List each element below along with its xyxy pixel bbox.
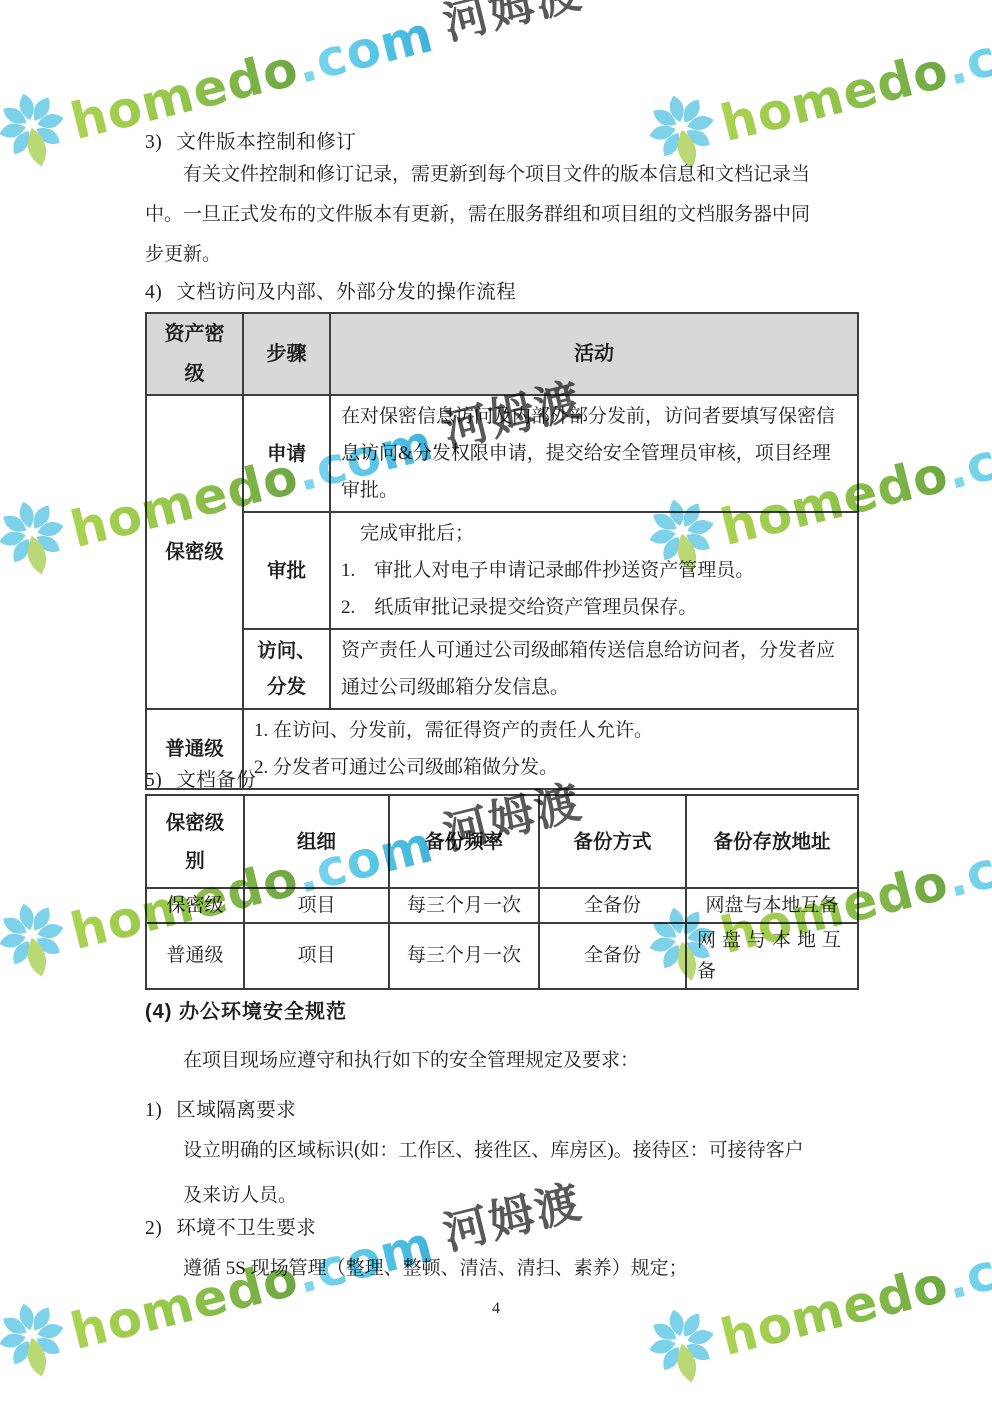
cell-activity-access: 资产责任人可通过公司级邮箱传送信息给访问者，分发者应 通过公司级邮箱分发信息。 <box>330 629 858 709</box>
cell-step-apply: 申请 <box>243 395 330 512</box>
cell-t2-method-1: 全备份 <box>539 888 686 923</box>
table2-row-normal: 普通级 项目 每三个月一次 全备份 网盘与本地互 备 <box>146 923 858 989</box>
document-page: 3)文件版本控制和修订 有关文件控制和修订记录，需更新到每个项目文件的版本信息和… <box>0 0 992 1403</box>
item-5-label: 5) <box>145 770 162 791</box>
heading-item-2b: 2)环境不卫生要求 <box>145 1212 857 1240</box>
cell-step-access: 访问、分发 <box>243 629 330 709</box>
cell-t2-group-2: 项目 <box>244 923 389 989</box>
table1-row-approve: 审批 完成审批后； 1. 审批人对电子申请记录邮件抄送资产管理员。 2. 纸质审… <box>146 512 858 629</box>
table1-header-activity: 活动 <box>330 313 858 395</box>
cell-activity-apply: 在对保密信息访问及内部外部分发前，访问者要填写保密信 息访问&分发权限申请，提交… <box>330 395 858 512</box>
item-5-title: 文档备份 <box>176 770 256 791</box>
section-4-intro: 在项目现场应遵守和执行如下的安全管理规定及要求： <box>145 1046 857 1076</box>
table2-header-secrecy-level: 保密级别 <box>146 795 244 888</box>
table2-header-location: 备份存放地址 <box>686 795 858 888</box>
table1-row-apply: 保密级 申请 在对保密信息访问及内部外部分发前，访问者要填写保密信 息访问&分发… <box>146 395 858 512</box>
table2-header-row: 保密级别 组细 备份频率 备份方式 备份存放地址 <box>146 795 858 888</box>
homedo-com-text: .com <box>940 819 992 909</box>
heading-item-1b: 1)区域隔离要求 <box>145 1094 857 1122</box>
item-4-title: 文档访问及内部、外部分发的操作流程 <box>176 282 516 303</box>
table2-header-method: 备份方式 <box>539 795 686 888</box>
table2-header-frequency: 备份频率 <box>389 795 539 888</box>
item-2b-label: 2) <box>145 1218 162 1239</box>
section-4-heading: (4) 办公环境安全规范 <box>145 995 857 1024</box>
table1-header-row: 资产密级 步骤 活动 <box>146 313 858 395</box>
homedo-chinese-text: 河姆渡 <box>439 0 587 46</box>
backup-table: 保密级别 组细 备份频率 备份方式 备份存放地址 保密级 项目 每三个月一次 全… <box>145 794 859 990</box>
heading-item-4: 4)文档访问及内部、外部分发的操作流程 <box>145 276 857 304</box>
item-3-label: 3) <box>145 132 162 153</box>
homedo-flower-icon <box>0 493 76 589</box>
homedo-com-text: .com <box>940 7 992 97</box>
cell-step-approve: 审批 <box>243 512 330 629</box>
cell-t2-group-1: 项目 <box>244 888 389 923</box>
homedo-com-text: .com <box>290 5 439 95</box>
cell-t2-frequency-1: 每三个月一次 <box>389 888 539 923</box>
cell-level-confidential: 保密级 <box>146 395 243 709</box>
item-4-label: 4) <box>145 282 162 303</box>
table2-header-group: 组细 <box>244 795 389 888</box>
homedo-flower-icon <box>0 895 76 991</box>
item-2b-title: 环境不卫生要求 <box>176 1218 316 1239</box>
homedo-com-text: .com <box>940 411 992 501</box>
table1-header-asset-level: 资产密级 <box>146 313 243 395</box>
paragraph-5s: 遵循 5S 现场管理（整理、整顿、清洁、清扫、素养）规定； <box>145 1246 857 1291</box>
paragraph-zone-signs: 设立明确的区域标识(如：工作区、接徃区、库房区)。接待区：可接待客户 及来访人员… <box>145 1128 857 1218</box>
access-distribution-table: 资产密级 步骤 活动 保密级 申请 在对保密信息访问及内部外部分发前，访问者要填… <box>145 312 859 790</box>
item-1b-title: 区域隔离要求 <box>176 1100 296 1121</box>
cell-t2-level-2: 普通级 <box>146 923 244 989</box>
cell-t2-location-2: 网盘与本地互 备 <box>686 923 858 989</box>
paragraph-version-control: 有关文件控制和修订记录，需更新到每个项目文件的版本信息和文档记录当 中。一旦正式… <box>145 155 857 275</box>
cell-activity-approve: 完成审批后； 1. 审批人对电子申请记录邮件抄送资产管理员。 2. 纸质审批记录… <box>330 512 858 629</box>
table2-row-confidential: 保密级 项目 每三个月一次 全备份 网盘与本地互备 <box>146 888 858 923</box>
heading-item-5: 5)文档备份 <box>145 764 857 792</box>
cell-t2-level-1: 保密级 <box>146 888 244 923</box>
cell-t2-location-1: 网盘与本地互备 <box>686 888 858 923</box>
cell-t2-frequency-2: 每三个月一次 <box>389 923 539 989</box>
cell-t2-method-2: 全备份 <box>539 923 686 989</box>
table1-header-step: 步骤 <box>243 313 330 395</box>
homedo-flower-icon <box>0 85 76 181</box>
heading-item-3: 3)文件版本控制和修订 <box>145 126 857 154</box>
item-3-title: 文件版本控制和修订 <box>176 132 356 153</box>
page-number: 4 <box>0 1300 992 1318</box>
homedo-com-text: .com <box>940 1221 992 1311</box>
table1-row-access: 访问、分发 资产责任人可通过公司级邮箱传送信息给访问者，分发者应 通过公司级邮箱… <box>146 629 858 709</box>
item-1b-label: 1) <box>145 1100 162 1121</box>
